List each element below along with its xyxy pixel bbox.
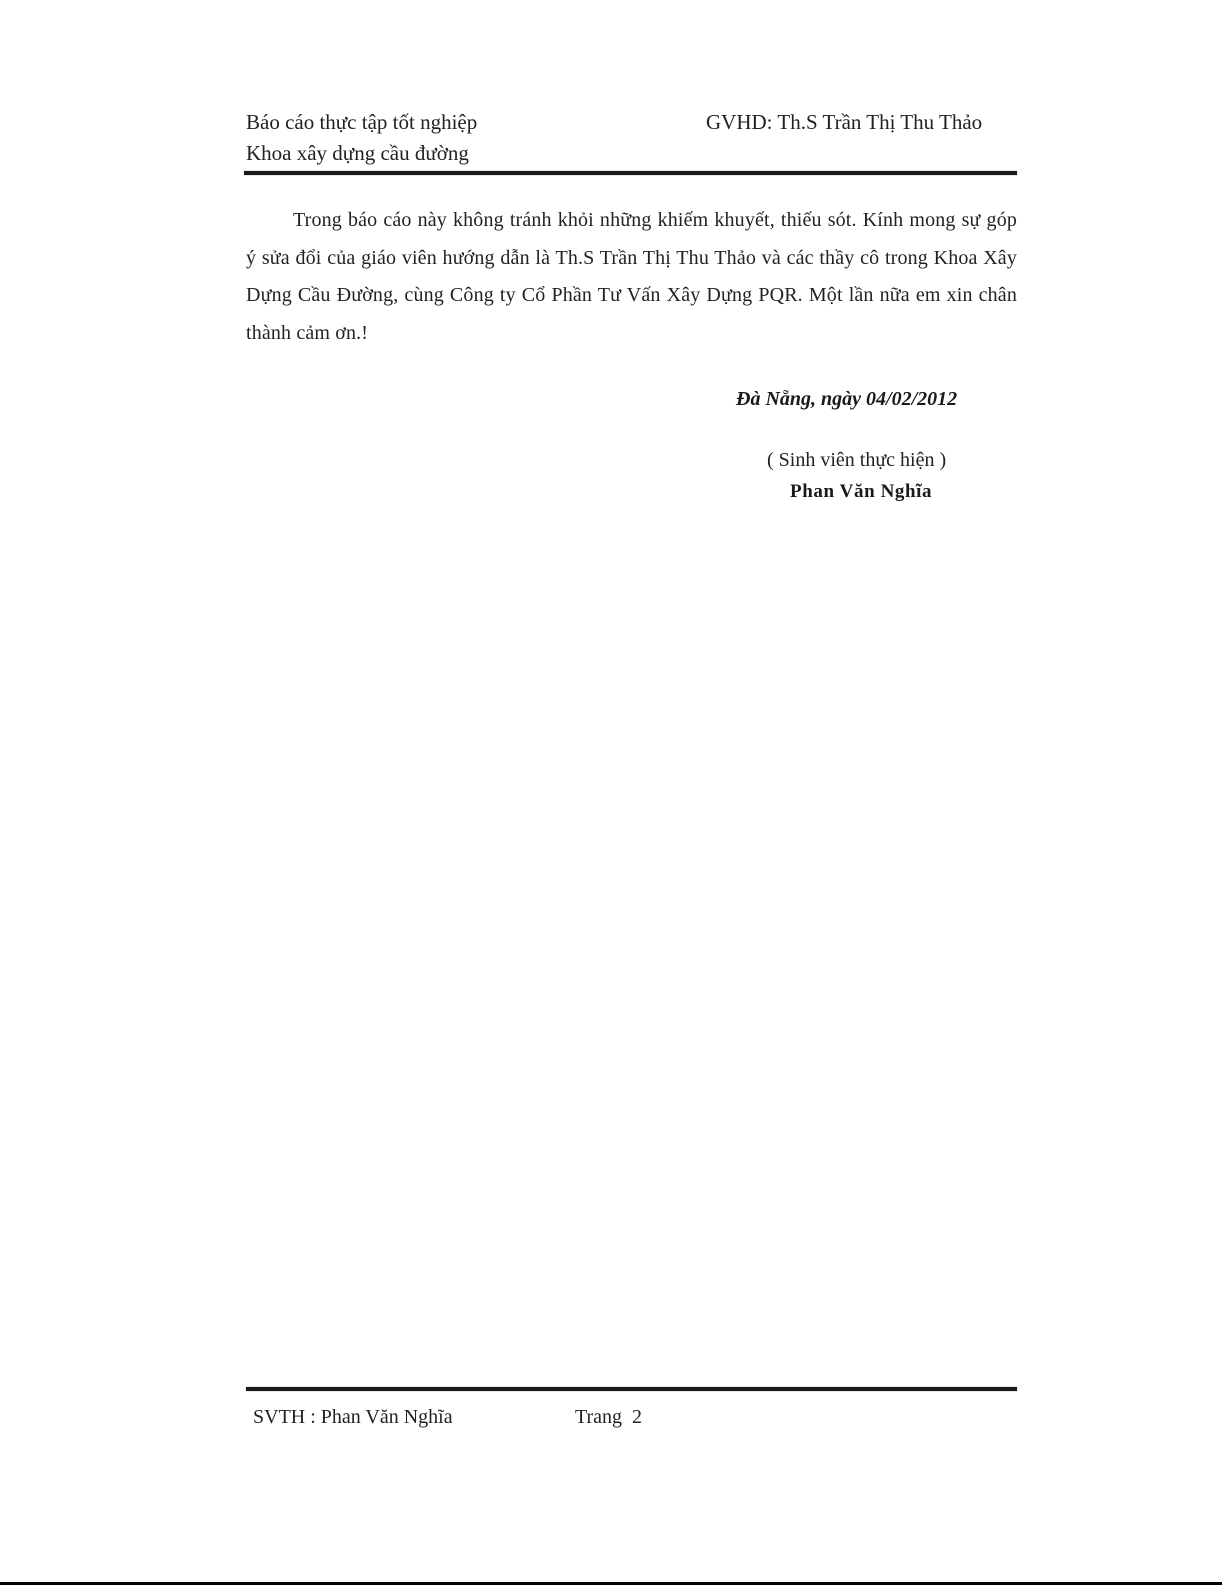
- footer-student: SVTH : Phan Văn Nghĩa: [253, 1406, 453, 1429]
- body-text: Trong báo cáo này không tránh khỏi những…: [246, 202, 1017, 352]
- body-paragraph: Trong báo cáo này không tránh khỏi những…: [246, 202, 1017, 352]
- footer-page-number: Trang 2: [575, 1406, 642, 1429]
- header-divider: [244, 171, 1017, 175]
- footer-divider: [246, 1387, 1017, 1391]
- signature-place-date: Đà Nẵng, ngày 04/02/2012: [736, 388, 957, 411]
- header-left: Báo cáo thực tập tốt nghiệp Khoa xây dựn…: [246, 107, 477, 169]
- header-supervisor: GVHD: Th.S Trần Thị Thu Thảo: [706, 107, 982, 138]
- signature-role: ( Sinh viên thực hiện ): [767, 449, 946, 472]
- header-faculty: Khoa xây dựng cầu đường: [246, 138, 477, 169]
- document-page: Báo cáo thực tập tốt nghiệp Khoa xây dựn…: [0, 0, 1225, 1585]
- signature-name: Phan Văn Nghĩa: [790, 481, 932, 503]
- header-report-title: Báo cáo thực tập tốt nghiệp: [246, 107, 477, 138]
